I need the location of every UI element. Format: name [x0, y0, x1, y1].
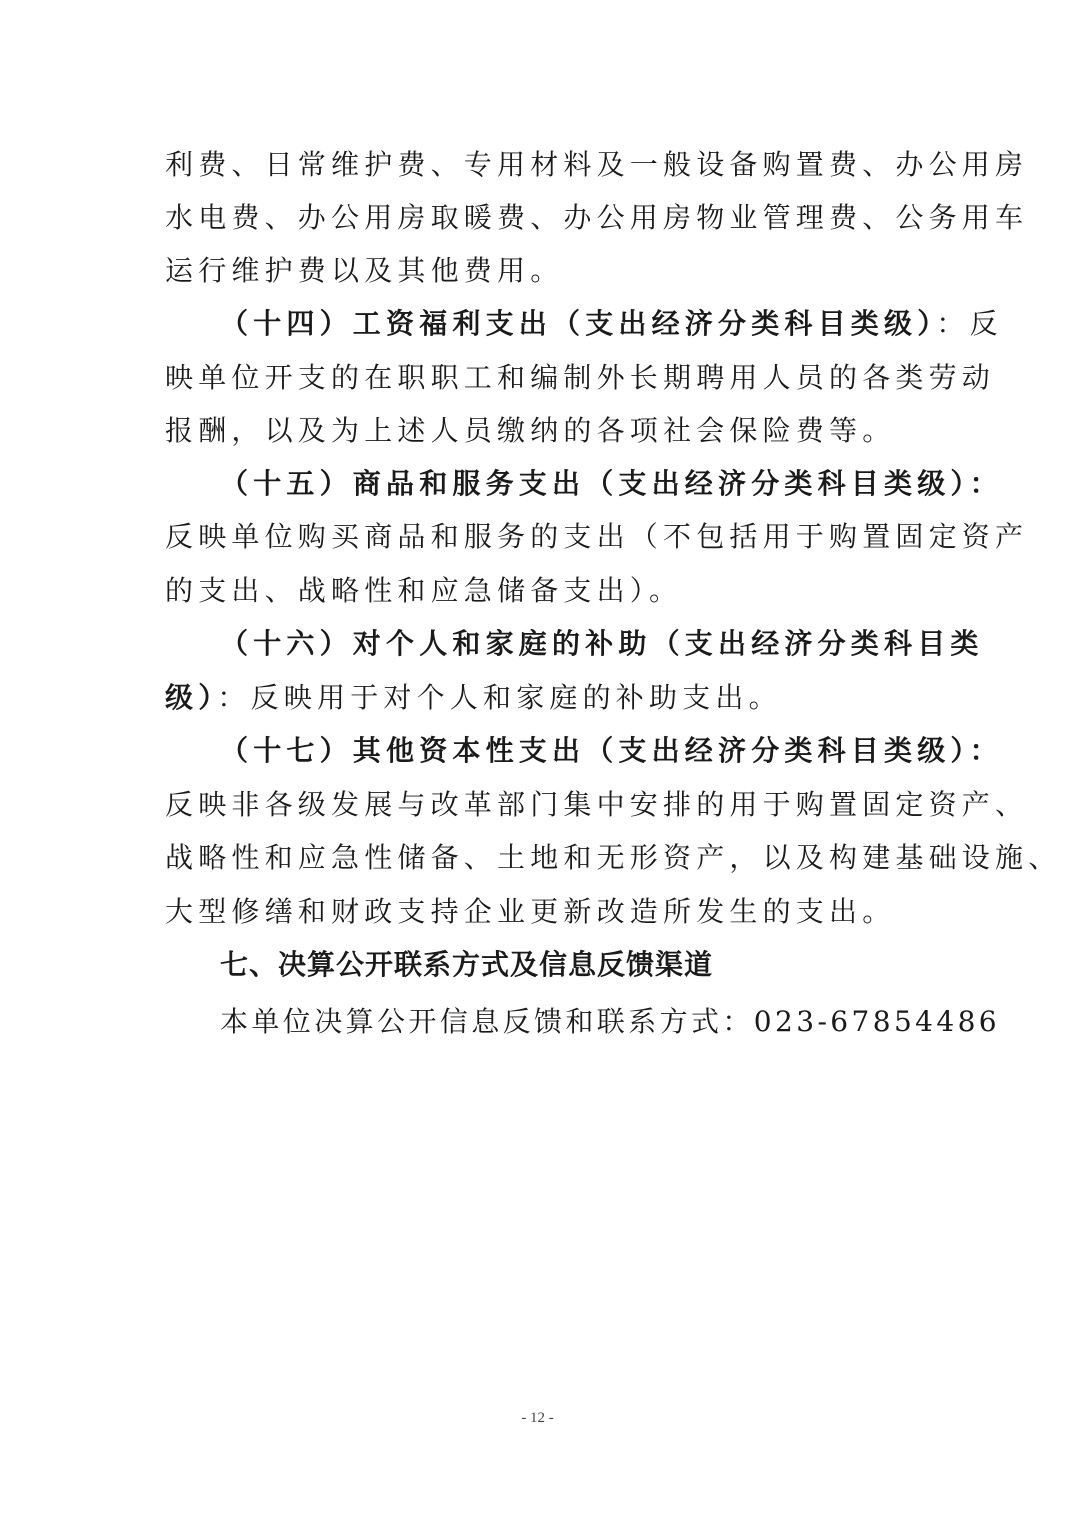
paragraph-line: 报酬，以及为上述人员缴纳的各项社会保险费等。: [165, 414, 915, 448]
page-number: - 12 -: [0, 1410, 1075, 1427]
paragraph-line: 反映非各级发展与改革部门集中安排的用于购置固定资产、: [165, 788, 915, 822]
section-14-title-suffix: ：反: [936, 307, 1002, 340]
section-16-title: （十六）对个人和家庭的补助（支出经济分类科目类: [220, 627, 915, 661]
section-17-title: （十七）其他资本性支出（支出经济分类科目类级）：: [220, 734, 915, 768]
paragraph-line: 反映单位购买商品和服务的支出（不包括用于购置固定资产: [165, 520, 915, 554]
contact-info: 本单位决算公开信息反馈和联系方式：023-67854486: [220, 1005, 915, 1039]
paragraph-line: 利费、日常维护费、专用材料及一般设备购置费、办公用房: [165, 148, 915, 182]
paragraph-line: 水电费、办公用房取暖费、办公用房物业管理费、公务用车: [165, 201, 915, 235]
paragraph-line: 的支出、战略性和应急储备支出）。: [165, 574, 915, 608]
paragraph-line: 大型修缮和财政支持企业更新改造所发生的支出。: [165, 895, 915, 929]
section-14: （十四）工资福利支出（支出经济分类科目类级）：反: [220, 307, 915, 341]
paragraph-line: 映单位开支的在职职工和编制外长期聘用人员的各类劳动: [165, 361, 915, 395]
chapter-heading: 七、决算公开联系方式及信息反馈渠道: [220, 948, 915, 982]
paragraph-line: 战略性和应急性储备、土地和无形资产，以及构建基础设施、: [165, 841, 915, 875]
paragraph-line: 运行维护费以及其他费用。: [165, 254, 915, 288]
section-15-title: （十五）商品和服务支出（支出经济分类科目类级）：: [220, 467, 915, 501]
section-16-body-text: ：反映用于对个人和家庭的补助支出。: [217, 681, 781, 714]
section-16-title-cont: 级）: [165, 681, 217, 714]
section-14-title: （十四）工资福利支出（支出经济分类科目类级）: [220, 307, 936, 340]
document-page: 利费、日常维护费、专用材料及一般设备购置费、办公用房 水电费、办公用房取暖费、办…: [0, 0, 1075, 1520]
section-16-body: 级）：反映用于对个人和家庭的补助支出。: [165, 681, 915, 715]
